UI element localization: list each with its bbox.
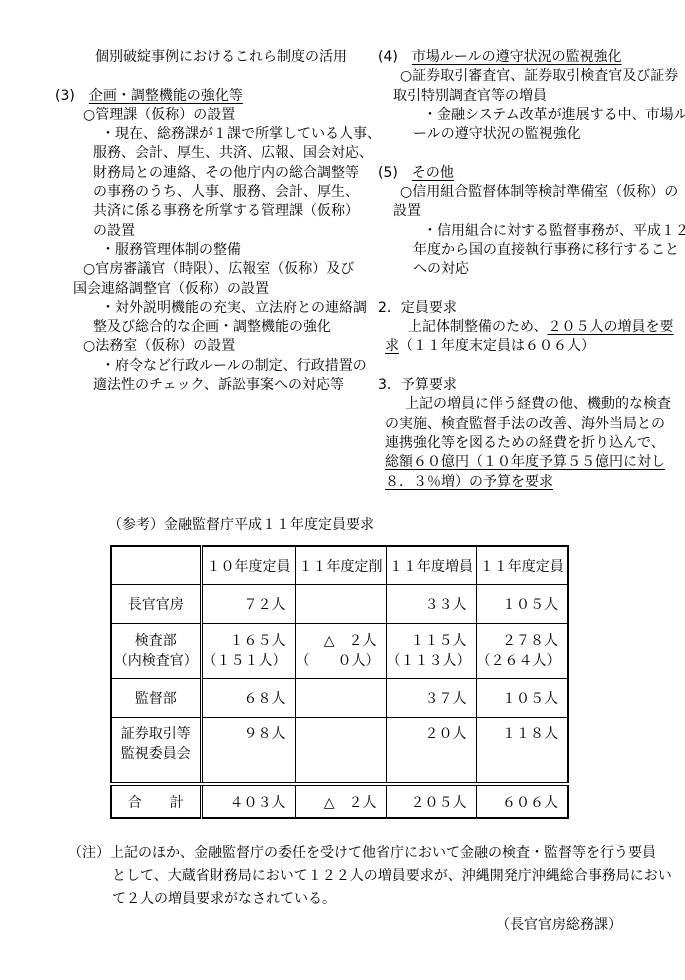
- cell-subvalue: （１１３人）: [387, 651, 467, 671]
- text-segment: 上記体制整備のため、: [408, 319, 547, 335]
- data-cell: ２０５人: [386, 784, 476, 818]
- text-line: ・信用組合に対する監督事務が、平成１２: [378, 222, 683, 241]
- text-line: (4) 市場ルールの遵守状況の監視強化: [378, 48, 683, 67]
- cell-subvalue: （ ０人）: [296, 651, 377, 671]
- text-line: ○法務室（仮称）の設置: [55, 337, 375, 356]
- data-cell: １１５人（１１３人）: [386, 624, 476, 679]
- table-header-cell: １１年度増員: [386, 546, 476, 585]
- data-cell: ６０６人: [476, 784, 568, 818]
- row-label-cell: 監督部: [111, 679, 201, 718]
- row-label-text: 合 計: [112, 792, 200, 812]
- text-line: (3) 企画・調整機能の強化等: [55, 87, 375, 106]
- text-line: の実施、検査監督手法の改善、海外当局との: [378, 415, 683, 434]
- text-segment: ・信用組合に対する監督事務が、平成１２: [423, 223, 685, 239]
- cell-value: ３７人: [387, 688, 467, 708]
- text-line: 総額６０億円（１０年度予算５５億円に対し: [378, 453, 683, 472]
- text-line: (5) その他: [378, 164, 683, 183]
- text-segment: ○信用組合監督体制等検討準備室（仮称）の: [400, 184, 678, 200]
- cell-value: △ ２人: [296, 631, 377, 651]
- text-segment: 2．定員要求: [378, 300, 457, 316]
- note-line: として、大蔵省財務局において１２２人の増員要求が、沖縄開発庁沖縄総合事務局におい: [68, 865, 668, 888]
- text-line: 共済に係る事務を所掌する管理課（仮称）: [55, 202, 375, 221]
- text-segment: 年度から国の直接執行事務に移行すること: [413, 242, 679, 258]
- text-line: 整及び総合的な企画・調整機能の強化: [55, 318, 375, 337]
- text-line: 服務、会計、厚生、共済、広報、国会対応、: [55, 144, 375, 163]
- text-line: ールの遵守状況の監視強化: [378, 125, 683, 144]
- data-cell: ４０３人: [201, 784, 295, 818]
- cell-value: ７２人: [203, 594, 286, 614]
- cell-value: ２０人: [387, 724, 467, 744]
- reference-table-title: （参考）金融監督庁平成１１年度定員要求: [108, 514, 374, 534]
- data-cell: １１８人: [476, 718, 568, 785]
- data-cell: ３７人: [386, 679, 476, 718]
- text-line: 設置: [378, 202, 683, 221]
- credit-line: （長官官房総務課）: [496, 914, 622, 934]
- text-line: の事務のうち、人事、服務、会計、厚生、: [55, 183, 375, 202]
- cell-subvalue: （１５１人）: [203, 651, 286, 671]
- text-line: ○証券取引審査官、証券取引検査官及び証券: [378, 67, 683, 86]
- text-line: 国会連絡調整官（仮称）の設置: [55, 280, 375, 299]
- row-label-text: 検査部: [112, 631, 200, 651]
- text-segment: の事務のうち、人事、服務、会計、厚生、: [93, 184, 359, 200]
- left-text-column: 個別破綻事例におけるこれら制度の活用(3) 企画・調整機能の強化等○管理課（仮称…: [55, 48, 375, 395]
- text-line: 適法性のチェック、訴訟事案への対応等: [55, 376, 375, 395]
- text-segment: （１１年度末定員は６０６人）: [399, 338, 595, 354]
- row-label-cell: 証券取引等監視委員会: [111, 718, 201, 785]
- row-label-text: （内検査官）: [112, 651, 200, 671]
- text-segment: 連携強化等を図るための経費を折り込んで、: [385, 435, 665, 451]
- underlined-text: その他: [412, 165, 454, 181]
- underlined-text: ２０５人の増員を要: [547, 319, 673, 335]
- text-segment: ・服務管理体制の整備: [101, 242, 241, 258]
- staffing-table: １０年度定員１１年度定削１１年度増員１１年度定員長官官房７２人３３人１０５人検査…: [110, 545, 569, 819]
- row-label-cell: 長官官房: [111, 585, 201, 624]
- note-line: て２人の増員要求がなされている。: [68, 888, 668, 911]
- text-line: ８．３％増）の予算を要求: [378, 473, 683, 492]
- cell-subvalue: （２６４人）: [477, 651, 559, 671]
- text-line: ・服務管理体制の整備: [55, 241, 375, 260]
- cell-value: ６０６人: [477, 792, 559, 812]
- table-row: 合 計４０３人△ ２人２０５人６０６人: [111, 784, 568, 818]
- cell-value: １１８人: [477, 724, 559, 744]
- row-label-text: 監督部: [112, 688, 200, 708]
- text-segment: 財務局との連絡、その他庁内の総合調整等: [93, 165, 359, 181]
- table-header-row: １０年度定員１１年度定削１１年度増員１１年度定員: [111, 546, 568, 585]
- text-line: 取引特別調査官等の増員: [378, 87, 683, 106]
- underlined-text: 総額６０億円（１０年度予算５５億円に対し: [385, 454, 665, 470]
- text-segment: ○法務室（仮称）の設置: [83, 338, 235, 354]
- text-line: [378, 144, 683, 163]
- table-header-cell: １０年度定員: [201, 546, 295, 585]
- data-cell: △ ２人: [295, 784, 386, 818]
- text-line: 2．定員要求: [378, 299, 683, 318]
- underlined-text: ８．３％増）の予算を要求: [385, 474, 553, 490]
- text-line: 年度から国の直接執行事務に移行すること: [378, 241, 683, 260]
- data-cell: △ ２人（ ０人）: [295, 624, 386, 679]
- text-segment: 服務、会計、厚生、共済、広報、国会対応、: [93, 145, 373, 161]
- text-line: ・現在、総務課が１課で所掌している人事、: [55, 125, 375, 144]
- underlined-text: 求: [385, 338, 399, 354]
- text-line: 財務局との連絡、その他庁内の総合調整等: [55, 164, 375, 183]
- text-segment: への対応: [413, 261, 469, 277]
- table-row: 検査部（内検査官）１６５人（１５１人）△ ２人（ ０人）１１５人（１１３人）２７…: [111, 624, 568, 679]
- table-row: 証券取引等監視委員会９８人２０人１１８人: [111, 718, 568, 785]
- cell-value: ４０３人: [203, 792, 286, 812]
- cell-value: １０５人: [477, 688, 559, 708]
- text-line: ・対外説明機能の充実、立法府との連絡調: [55, 299, 375, 318]
- data-cell: [295, 679, 386, 718]
- data-cell: １０５人: [476, 679, 568, 718]
- text-segment: 国会連絡調整官（仮称）の設置: [73, 281, 269, 297]
- row-label-text: 証券取引等: [112, 724, 200, 744]
- note-block: （注）上記のほか、金融監督庁の委任を受けて他省庁において金融の検査・監督等を行う…: [68, 842, 668, 911]
- cell-value: ３３人: [387, 594, 467, 614]
- text-segment: ・金融システム改革が進展する中、市場ル: [423, 107, 685, 123]
- text-line: 連携強化等を図るための経費を折り込んで、: [378, 434, 683, 453]
- text-segment: 共済に係る事務を所掌する管理課（仮称）: [93, 203, 359, 219]
- data-cell: ７２人: [201, 585, 295, 624]
- table-header-cell: １１年度定員: [476, 546, 568, 585]
- text-line: ・府令など行政ルールの制定、行政措置の: [55, 357, 375, 376]
- data-cell: １０５人: [476, 585, 568, 624]
- text-line: への対応: [378, 260, 683, 279]
- table-header-cell: １１年度定削: [295, 546, 386, 585]
- table-header-cell: [111, 546, 201, 585]
- cell-value: ２７８人: [477, 631, 559, 651]
- row-label-text: 監視委員会: [112, 744, 200, 764]
- cell-value: ９８人: [203, 724, 286, 744]
- text-segment: 設置: [393, 203, 421, 219]
- text-segment: 個別破綻事例におけるこれら制度の活用: [95, 49, 347, 65]
- cell-value: ６８人: [203, 688, 286, 708]
- underlined-text: 企画・調整機能の強化等: [89, 88, 243, 104]
- text-line: ○管理課（仮称）の設置: [55, 106, 375, 125]
- row-label-text: 長官官房: [112, 594, 200, 614]
- text-line: [378, 280, 683, 299]
- cell-value: △ ２人: [296, 792, 377, 812]
- text-segment: 取引特別調査官等の増員: [393, 88, 547, 104]
- text-line: ○信用組合監督体制等検討準備室（仮称）の: [378, 183, 683, 202]
- data-cell: ３３人: [386, 585, 476, 624]
- text-line: 求（１１年度末定員は６０６人）: [378, 337, 683, 356]
- row-label-cell: 合 計: [111, 784, 201, 818]
- text-line: [378, 357, 683, 376]
- row-label-cell: 検査部（内検査官）: [111, 624, 201, 679]
- data-cell: [295, 585, 386, 624]
- cell-value: ２０５人: [387, 792, 467, 812]
- text-segment: (5): [378, 165, 412, 181]
- text-segment: (4): [378, 49, 412, 65]
- document-page: 個別破綻事例におけるこれら制度の活用(3) 企画・調整機能の強化等○管理課（仮称…: [0, 0, 685, 980]
- text-segment: ・対外説明機能の充実、立法府との連絡調: [101, 300, 367, 316]
- text-segment: ○管理課（仮称）の設置: [83, 107, 235, 123]
- text-line: 3．予算要求: [378, 376, 683, 395]
- text-line: 上記の増員に伴う経費の他、機動的な検査: [378, 395, 683, 414]
- text-segment: の実施、検査監督手法の改善、海外当局との: [385, 416, 665, 432]
- table-row: 監督部６８人３７人１０５人: [111, 679, 568, 718]
- text-segment: 3．予算要求: [378, 377, 457, 393]
- data-cell: ９８人: [201, 718, 295, 785]
- table-row: 長官官房７２人３３人１０５人: [111, 585, 568, 624]
- text-line: 上記体制整備のため、２０５人の増員を要: [378, 318, 683, 337]
- cell-value: １０５人: [477, 594, 559, 614]
- data-cell: ２０人: [386, 718, 476, 785]
- data-cell: ６８人: [201, 679, 295, 718]
- right-text-column: (4) 市場ルールの遵守状況の監視強化○証券取引審査官、証券取引検査官及び証券取…: [378, 48, 683, 492]
- text-segment: ○証券取引審査官、証券取引検査官及び証券: [400, 68, 678, 84]
- text-segment: (3): [55, 88, 89, 104]
- text-segment: ○官房審議官（時限）、広報室（仮称）及び: [83, 261, 354, 277]
- text-line: 個別破綻事例におけるこれら制度の活用: [55, 48, 375, 67]
- text-line: ○官房審議官（時限）、広報室（仮称）及び: [55, 260, 375, 279]
- note-line: （注）上記のほか、金融監督庁の委任を受けて他省庁において金融の検査・監督等を行う…: [68, 842, 668, 865]
- data-cell: １６５人（１５１人）: [201, 624, 295, 679]
- text-segment: 整及び総合的な企画・調整機能の強化: [93, 319, 331, 335]
- text-line: の設置: [55, 222, 375, 241]
- text-segment: 上記の増員に伴う経費の他、機動的な検査: [405, 396, 671, 412]
- underlined-text: 市場ルールの遵守状況の監視強化: [412, 49, 622, 65]
- text-segment: ・現在、総務課が１課で所掌している人事、: [101, 126, 381, 142]
- text-segment: ・府令など行政ルールの制定、行政措置の: [101, 358, 367, 374]
- text-line: [55, 67, 375, 86]
- data-cell: [295, 718, 386, 785]
- text-segment: ールの遵守状況の監視強化: [413, 126, 581, 142]
- text-line: ・金融システム改革が進展する中、市場ル: [378, 106, 683, 125]
- cell-value: １１５人: [387, 631, 467, 651]
- data-cell: ２７８人（２６４人）: [476, 624, 568, 679]
- text-segment: の設置: [93, 223, 135, 239]
- cell-value: １６５人: [203, 631, 286, 651]
- text-segment: 適法性のチェック、訴訟事案への対応等: [93, 377, 344, 393]
